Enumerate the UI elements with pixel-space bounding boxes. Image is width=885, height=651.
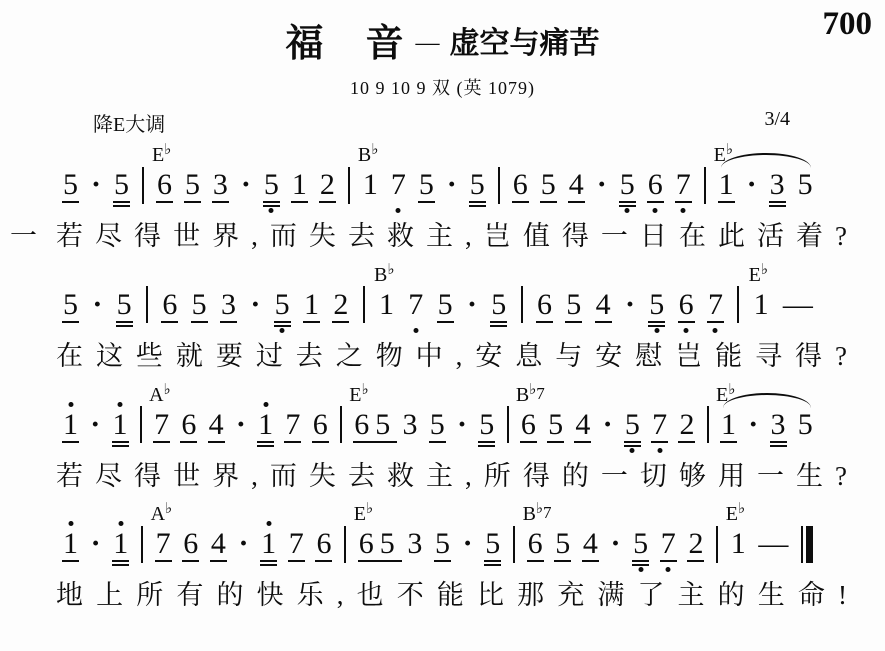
- note: 5: [430, 410, 445, 440]
- note: 7: [661, 529, 676, 559]
- chord-label: E♭: [152, 143, 171, 165]
- note: 4: [583, 529, 598, 559]
- barline: [363, 286, 365, 323]
- note: 5: [438, 290, 453, 320]
- dot-separator: ·: [250, 290, 260, 320]
- note: 3: [213, 170, 228, 200]
- chord-label: B♭: [358, 143, 378, 165]
- meter-info: 10 9 10 9 双 (英 1079): [0, 74, 885, 100]
- note: 1E♭: [719, 170, 734, 200]
- title-subtitle: 虚空与痛苦: [450, 27, 600, 60]
- note: 5: [798, 410, 813, 440]
- note: 3: [770, 170, 785, 200]
- note: 5: [485, 529, 500, 559]
- lyric-line-3: 若尽得世界,而失去救主,所得的一切够用一生?: [10, 460, 847, 494]
- verse-spacer: [10, 579, 56, 613]
- lyric-text-4: 地上所有的快乐,也不能比那充满了主的生命!: [56, 579, 847, 613]
- chord-label: A♭: [151, 502, 173, 524]
- chord-label: E♭: [749, 263, 768, 285]
- note: 4: [575, 410, 590, 440]
- barline: [716, 526, 718, 563]
- note: 5: [555, 529, 570, 559]
- barline: [146, 286, 148, 323]
- note: 5: [192, 290, 207, 320]
- note: 6B♭7: [521, 410, 536, 440]
- note: 5: [491, 290, 506, 320]
- note: 5: [275, 290, 290, 320]
- verse-number: 一: [10, 220, 56, 254]
- barline: [704, 167, 706, 204]
- dot-separator: ·: [90, 410, 100, 440]
- time-signature: 3/4: [764, 108, 790, 137]
- note: 5: [63, 170, 78, 200]
- lyric-text-1: 若尽得世界,而失去救主,岂值得一日在此活着?: [56, 220, 847, 254]
- note: 65E♭: [359, 529, 401, 559]
- dot-separator: ·: [447, 170, 457, 200]
- chord-label: B♭7: [523, 502, 552, 524]
- note: 4: [209, 410, 224, 440]
- lyric-line-4: 地上所有的快乐,也不能比那充满了主的生命!: [10, 579, 847, 613]
- note: 1B♭: [363, 170, 378, 200]
- verse-spacer: [10, 460, 56, 494]
- barline: [521, 286, 523, 323]
- note: 5: [117, 290, 132, 320]
- note: 2: [679, 410, 694, 440]
- barline: [498, 167, 500, 204]
- note: 1: [63, 529, 78, 559]
- barline: [737, 286, 739, 323]
- note: 1E♭: [721, 410, 736, 440]
- dot-separator: ·: [747, 170, 757, 200]
- note: 7: [289, 529, 304, 559]
- note: 65E♭: [354, 410, 396, 440]
- hymn-number: 700: [823, 6, 873, 43]
- note: 5: [541, 170, 556, 200]
- dot-separator: ·: [748, 410, 758, 440]
- note: 6: [537, 290, 552, 320]
- note: 1: [63, 410, 78, 440]
- note: 5: [633, 529, 648, 559]
- note: 5: [479, 410, 494, 440]
- note: 7: [676, 170, 691, 200]
- slur-arc: [723, 393, 811, 408]
- note: 6: [162, 290, 177, 320]
- note: 4: [596, 290, 611, 320]
- note: 6: [648, 170, 663, 200]
- note: 5: [264, 170, 279, 200]
- note: 1E♭: [731, 529, 746, 559]
- dash-note: —: [758, 529, 788, 559]
- note: 6: [316, 529, 331, 559]
- note: 1: [113, 529, 128, 559]
- note: 5: [435, 529, 450, 559]
- note: 5: [798, 170, 813, 200]
- note: 7: [391, 170, 406, 200]
- note: 1: [292, 170, 307, 200]
- note: 4: [211, 529, 226, 559]
- note: 1B♭: [379, 290, 394, 320]
- note: 5: [419, 170, 434, 200]
- note: 6: [181, 410, 196, 440]
- note: 7: [285, 410, 300, 440]
- note: 3: [771, 410, 786, 440]
- dot-separator: ·: [463, 529, 473, 559]
- dot-separator: ·: [239, 529, 249, 559]
- chord-label: A♭: [149, 383, 171, 405]
- note: 5: [114, 170, 129, 200]
- dot-separator: ·: [236, 410, 246, 440]
- barline: [707, 406, 709, 443]
- dot-separator: ·: [92, 290, 102, 320]
- note: 3: [407, 529, 422, 559]
- note: 5: [625, 410, 640, 440]
- note: 7A♭: [154, 410, 169, 440]
- dot-separator: ·: [91, 170, 101, 200]
- dot-separator: ·: [467, 290, 477, 320]
- dot-separator: ·: [625, 290, 635, 320]
- note: 7: [708, 290, 723, 320]
- barline: [340, 406, 342, 443]
- note: 6B♭7: [528, 529, 543, 559]
- chord-label: B♭7: [516, 383, 545, 405]
- barline: [141, 526, 143, 563]
- note: 7: [408, 290, 423, 320]
- note: 5: [649, 290, 664, 320]
- chord-label: E♭: [349, 383, 368, 405]
- chord-label: B♭: [374, 263, 394, 285]
- chord-label: E♭: [354, 502, 373, 524]
- barline: [348, 167, 350, 204]
- dot-separator: ·: [241, 170, 251, 200]
- verse-spacer: [10, 340, 56, 374]
- lyric-line-2: 在这些就要过去之物中,安息与安慰岂能寻得?: [10, 340, 847, 374]
- lyric-text-2: 在这些就要过去之物中,安息与安慰岂能寻得?: [56, 340, 847, 374]
- music-line-2: 5·5653·5121B♭75·5654·5671E♭—: [63, 284, 813, 326]
- note: 6: [313, 410, 328, 440]
- note: 1E♭: [754, 290, 769, 320]
- note: 1: [258, 410, 273, 440]
- note: 5: [63, 290, 78, 320]
- barline: [507, 406, 509, 443]
- note: 1: [304, 290, 319, 320]
- dash-note: —: [783, 290, 813, 320]
- note: 5: [185, 170, 200, 200]
- note: 2: [688, 529, 703, 559]
- note: 3: [221, 290, 236, 320]
- slur-arc: [721, 153, 811, 168]
- final-barline: [801, 526, 813, 563]
- barline: [142, 167, 144, 204]
- note: 5: [566, 290, 581, 320]
- note: 7: [652, 410, 667, 440]
- lyric-text-3: 若尽得世界,而失去救主,所得的一切够用一生?: [56, 460, 847, 494]
- chord-label: E♭: [726, 502, 745, 524]
- hymn-page: 700 福 音 — 虚空与痛苦 10 9 10 9 双 (英 1079) 降E大…: [0, 0, 885, 651]
- lyric-line-1: 一 若尽得世界,而失去救主,岂值得一日在此活着?: [10, 220, 847, 254]
- note: 6E♭: [157, 170, 172, 200]
- note: 4: [569, 170, 584, 200]
- note: 6: [679, 290, 694, 320]
- note: 6: [183, 529, 198, 559]
- dot-separator: ·: [91, 529, 101, 559]
- dot-separator: ·: [611, 529, 621, 559]
- note: 6: [513, 170, 528, 200]
- music-line-1: 5·56E♭53·5121B♭75·5654·5671E♭·35: [63, 164, 813, 206]
- note: 2: [333, 290, 348, 320]
- dot-separator: ·: [597, 170, 607, 200]
- note: 7A♭: [156, 529, 171, 559]
- note: 5: [470, 170, 485, 200]
- title-dash: —: [416, 30, 440, 56]
- note: 1: [113, 410, 128, 440]
- music-line-4: 1·17A♭64·17665E♭35·56B♭754·5721E♭—: [63, 523, 813, 565]
- note: 5: [620, 170, 635, 200]
- note: 1: [261, 529, 276, 559]
- key-time-row: 降E大调 3/4: [93, 108, 790, 137]
- title-row: 福 音 — 虚空与痛苦: [0, 0, 885, 62]
- note: 5: [548, 410, 563, 440]
- music-line-3: 1·17A♭64·17665E♭35·56B♭754·5721E♭·35: [63, 404, 813, 446]
- note: 3: [402, 410, 417, 440]
- barline: [513, 526, 515, 563]
- note: 2: [320, 170, 335, 200]
- title-main: 福 音: [285, 23, 405, 65]
- dot-separator: ·: [603, 410, 613, 440]
- dot-separator: ·: [457, 410, 467, 440]
- barline: [344, 526, 346, 563]
- barline: [140, 406, 142, 443]
- key-signature: 降E大调: [93, 108, 165, 137]
